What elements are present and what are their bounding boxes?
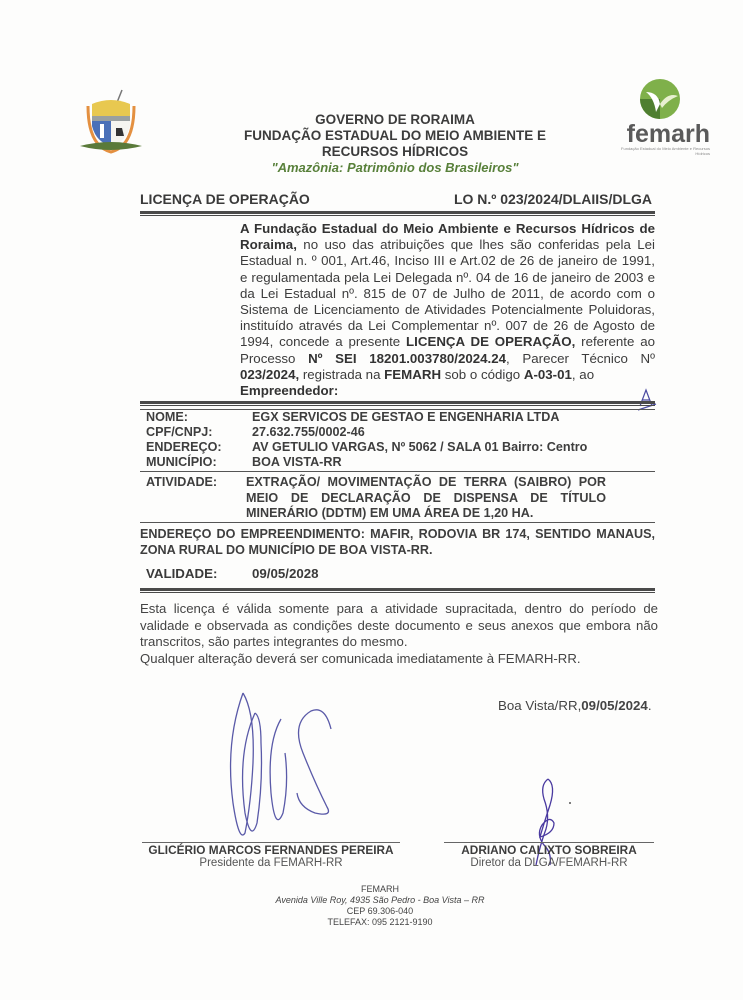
roraima-coat-of-arms-logo — [78, 86, 144, 158]
detail-value: 27.632.755/0002-46 — [252, 425, 365, 440]
detail-label: MUNICÍPIO: — [146, 455, 252, 470]
license-number: LO N.º 023/2024/DLAIIS/DLGA — [454, 191, 652, 207]
signer-name-president: GLICÉRIO MARCOS FERNANDES PEREIRA — [142, 843, 400, 857]
detail-label: NOME: — [146, 410, 252, 425]
note-change-notice: Qualquer alteração deverá ser comunicada… — [140, 651, 658, 668]
license-title-row: LICENÇA DE OPERAÇÃO LO N.º 023/2024/DLAI… — [140, 191, 652, 207]
validity-date: 09/05/2028 — [252, 566, 319, 581]
place: Boa Vista/RR, — [498, 698, 581, 713]
detail-value: AV GETULIO VARGAS, Nº 5062 / SALA 01 Bai… — [252, 440, 587, 455]
detail-value: EGX SERVICOS DE GESTAO E ENGENHARIA LTDA — [252, 410, 559, 425]
intro-license: LICENÇA DE OPERAÇÃO, — [406, 334, 575, 349]
intro-text: registrada na — [299, 367, 384, 382]
license-type: LICENÇA DE OPERAÇÃO — [140, 191, 310, 207]
signer-name-director: ADRIANO CALIXTO SOBREIRA — [444, 843, 654, 857]
footer: FEMARH Avenida Ville Roy, 4935 São Pedro… — [235, 884, 525, 928]
entrepreneur-heading: Empreendedor: — [240, 383, 338, 398]
footer-org: FEMARH — [235, 884, 525, 895]
place-date: Boa Vista/RR,09/05/2024. — [498, 698, 652, 713]
divider — [140, 522, 655, 523]
activity-block: ATIVIDADE: EXTRAÇÃO/ MOVIMENTAÇÃO DE TER… — [146, 475, 651, 522]
header-water-resources: RECURSOS HÍDRICOS — [235, 144, 555, 160]
detail-label: CPF/CNPJ: — [146, 425, 252, 440]
validity-label: VALIDADE: — [146, 566, 252, 581]
divider — [140, 401, 655, 406]
footer-phone: TELEFAX: 095 2121-9190 — [235, 917, 525, 928]
signer-role-president: Presidente da FEMARH-RR — [142, 857, 400, 869]
divider — [140, 471, 655, 472]
enterprise-address: ENDEREÇO DO EMPREENDIMENTO: MAFIR, RODOV… — [140, 527, 655, 558]
femarh-ref: FEMARH — [384, 367, 441, 382]
header-motto: "Amazônia: Patrimônio dos Brasileiros" — [235, 160, 555, 175]
footer-address: Avenida Ville Roy, 4935 São Pedro - Boa … — [235, 895, 525, 906]
detail-value: BOA VISTA-RR — [252, 455, 342, 470]
activity-label: ATIVIDADE: — [146, 475, 246, 522]
intro-paragraph: A Fundação Estadual do Meio Ambiente e R… — [240, 221, 655, 399]
activity-value: EXTRAÇÃO/ MOVIMENTAÇÃO DE TERRA (SAIBRO)… — [246, 475, 606, 522]
intro-text: sob o código — [441, 367, 524, 382]
signer-role-director: Diretor da DLGA/FEMARH-RR — [444, 857, 654, 869]
entrepreneur-details: NOME:EGX SERVICOS DE GESTAO E ENGENHARIA… — [146, 410, 656, 470]
femarh-logo: femarh Fundação Estadual do Meio Ambient… — [606, 78, 710, 160]
intro-text: , ao — [572, 367, 594, 382]
detail-row-address: ENDEREÇO:AV GETULIO VARGAS, Nº 5062 / SA… — [146, 440, 656, 455]
femarh-wordmark: femarh — [606, 122, 710, 146]
validity-row: VALIDADE: 09/05/2028 — [146, 566, 319, 581]
detail-row-municipality: MUNICÍPIO:BOA VISTA-RR — [146, 455, 656, 470]
issue-date: 09/05/2024 — [581, 698, 648, 713]
divider — [140, 588, 655, 593]
punctuation: . — [648, 698, 652, 713]
parecer-number: 023/2024, — [240, 367, 299, 382]
detail-row-name: NOME:EGX SERVICOS DE GESTAO E ENGENHARIA… — [146, 410, 656, 425]
validity-note: Esta licença é válida somente para a ati… — [140, 601, 658, 667]
intro-text: , Parecer Técnico Nº — [506, 351, 655, 366]
footer-cep: CEP 69.306-040 — [235, 906, 525, 917]
process-number: Nº SEI 18201.003780/2024.24 — [308, 351, 506, 366]
femarh-subtitle: Fundação Estadual do Meio Ambiente e Rec… — [606, 146, 710, 156]
detail-label: ENDEREÇO: — [146, 440, 252, 455]
intro-text: no uso das atribuições que lhes são conf… — [240, 237, 655, 349]
header-foundation: FUNDAÇÃO ESTADUAL DO MEIO AMBIENTE E — [235, 128, 555, 144]
detail-row-cnpj: CPF/CNPJ:27.632.755/0002-46 — [146, 425, 656, 440]
note-paragraph: Esta licença é válida somente para a ati… — [140, 601, 658, 651]
divider — [140, 211, 655, 216]
header-government: GOVERNO DE RORAIMA — [235, 112, 555, 128]
signature-president — [215, 683, 345, 848]
activity-code: A-03-01 — [524, 367, 572, 382]
